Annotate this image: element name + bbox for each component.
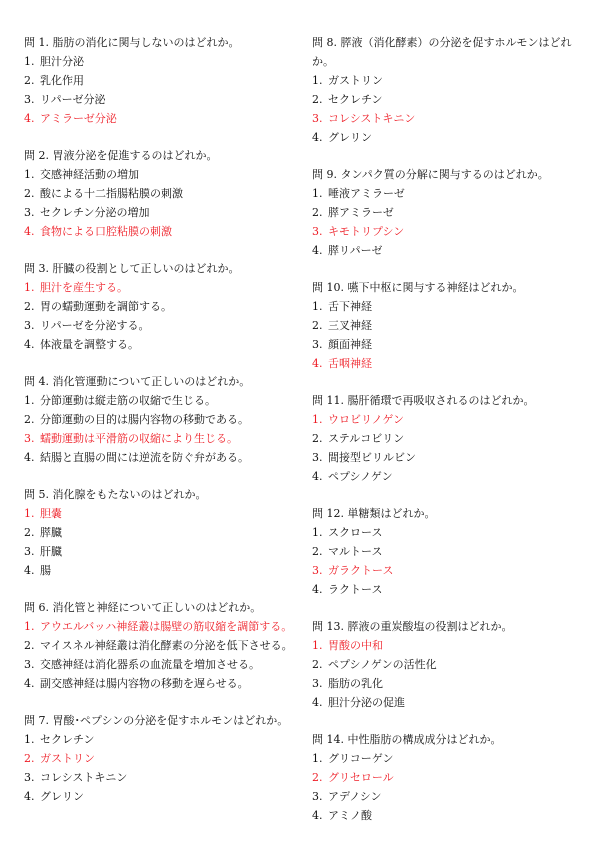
option-text: スクロース	[328, 526, 382, 539]
option-number: 1.	[312, 71, 328, 90]
answer-option: 4.胆汁分泌の促進	[312, 693, 580, 712]
option-text: 分節運動は縦走筋の収縮で生じる。	[40, 394, 216, 407]
answer-option-correct: 2.グリセロール	[312, 768, 580, 787]
question-left_column-3: 問 4. 消化管運動について正しいのはどれか。 1.分節運動は縦走筋の収縮で生じ…	[24, 372, 304, 467]
answer-option: 4.体液量を調整する。	[24, 335, 304, 354]
answer-option-correct: 4.アミラーゼ分泌	[24, 109, 304, 128]
option-number: 4.	[312, 580, 328, 599]
option-text: セクレチン分泌の増加	[40, 206, 149, 219]
option-text: ペプシノゲン	[328, 470, 393, 483]
option-number: 1.	[24, 617, 40, 636]
option-text: 肝臓	[40, 545, 62, 558]
option-number: 3.	[24, 655, 40, 674]
question-title: 問 8. 膵液（消化酵素）の分泌を促すホルモンはどれか。	[312, 33, 580, 71]
option-text: 副交感神経は腸内容物の移動を遅らせる。	[40, 677, 249, 690]
option-text: アミラーゼ分泌	[40, 112, 117, 125]
answer-option: 1.胆汁分泌	[24, 52, 304, 71]
option-text: グリコーゲン	[328, 752, 394, 765]
option-text: 胆汁を産生する。	[40, 281, 128, 294]
option-text: アウエルバッハ神経叢は腸壁の筋収縮を調節する。	[40, 620, 292, 633]
option-text: 乳化作用	[40, 74, 84, 87]
option-text: セクレチン	[328, 93, 382, 106]
option-text: 三叉神経	[328, 319, 372, 332]
option-number: 2.	[312, 203, 328, 222]
question-right_column-0: 問 8. 膵液（消化酵素）の分泌を促すホルモンはどれか。 1.ガストリン2.セク…	[312, 33, 580, 147]
option-number: 3.	[24, 90, 40, 109]
answer-option: 4.ラクトース	[312, 580, 580, 599]
answer-option: 2.三叉神経	[312, 316, 580, 335]
option-number: 3.	[24, 429, 40, 448]
question-right_column-1: 問 9. タンパク質の分解に関与するのはどれか。 1.唾液アミラーゼ2.膵アミラ…	[312, 165, 580, 260]
answer-option: 1.交感神経活動の増加	[24, 165, 304, 184]
question-left_column-2: 問 3. 肝臓の役割として正しいのはどれか。 1.胆汁を産生する。2.胃の蠕動運…	[24, 259, 304, 354]
option-text: 交感神経は消化器系の血流量を増加させる。	[40, 658, 260, 671]
option-number: 3.	[312, 222, 328, 241]
option-number: 1.	[312, 749, 328, 768]
option-number: 2.	[312, 316, 328, 335]
answer-option-correct: 4.食物による口腔粘膜の刺激	[24, 222, 304, 241]
answer-option: 1.グリコーゲン	[312, 749, 580, 768]
option-number: 2.	[24, 71, 40, 90]
answer-option: 1.スクロース	[312, 523, 580, 542]
option-text: 舌下神経	[328, 300, 372, 313]
option-text: ガストリン	[328, 74, 383, 87]
answer-option: 1.分節運動は縦走筋の収縮で生じる。	[24, 391, 304, 410]
option-number: 1.	[24, 165, 40, 184]
option-text: コレシストキニン	[328, 112, 415, 125]
option-text: ステルコビリン	[328, 432, 404, 445]
question-title: 問 1. 脂肪の消化に関与しないのはどれか。	[24, 33, 304, 52]
option-number: 4.	[24, 787, 40, 806]
option-text: グレリン	[40, 790, 84, 803]
option-text: コレシストキニン	[40, 771, 127, 784]
option-text: アミノ酸	[328, 809, 372, 822]
question-title: 問 14. 中性脂肪の構成成分はどれか。	[312, 730, 580, 749]
option-number: 4.	[24, 222, 40, 241]
option-number: 2.	[312, 90, 328, 109]
question-right_column-3: 問 11. 腸肝循環で再吸収されるのはどれか。 1.ウロビリノゲン2.ステルコビ…	[312, 391, 580, 486]
answer-option: 3.セクレチン分泌の増加	[24, 203, 304, 222]
answer-option: 2.胃の蠕動運動を調節する。	[24, 297, 304, 316]
answer-option: 3.脂肪の乳化	[312, 674, 580, 693]
option-text: 胆汁分泌の促進	[328, 696, 405, 709]
answer-option-correct: 3.ガラクトース	[312, 561, 580, 580]
answer-option: 2.ペプシノゲンの活性化	[312, 655, 580, 674]
answer-option: 1.舌下神経	[312, 297, 580, 316]
answer-option: 4.副交感神経は腸内容物の移動を遅らせる。	[24, 674, 304, 693]
option-number: 1.	[312, 184, 328, 203]
option-number: 4.	[312, 128, 328, 147]
answer-option: 4.グレリン	[24, 787, 304, 806]
option-number: 2.	[24, 297, 40, 316]
answer-option: 2.マルトース	[312, 542, 580, 561]
answer-option: 3.顔面神経	[312, 335, 580, 354]
answer-option: 2.膵アミラーゼ	[312, 203, 580, 222]
option-number: 3.	[312, 109, 328, 128]
answer-option-correct: 4.舌咽神経	[312, 354, 580, 373]
option-number: 2.	[312, 655, 328, 674]
answer-option-correct: 3.コレシストキニン	[312, 109, 580, 128]
question-title: 問 10. 嚥下中枢に関与する神経はどれか。	[312, 278, 580, 297]
option-text: ガラクトース	[328, 564, 393, 577]
question-left_column-6: 問 7. 胃酸･ペプシンの分泌を促すホルモンはどれか。 1.セクレチン2.ガスト…	[24, 711, 304, 806]
answer-option: 2.乳化作用	[24, 71, 304, 90]
answer-option: 2.ステルコビリン	[312, 429, 580, 448]
option-text: 脂肪の乳化	[328, 677, 383, 690]
option-number: 1.	[24, 52, 40, 71]
option-number: 3.	[312, 448, 328, 467]
answer-option: 2.膵臓	[24, 523, 304, 542]
answer-option: 1.ガストリン	[312, 71, 580, 90]
option-number: 4.	[312, 241, 328, 260]
option-text: 胃酸の中和	[328, 639, 383, 652]
answer-option: 3.交感神経は消化器系の血流量を増加させる。	[24, 655, 304, 674]
option-number: 3.	[24, 203, 40, 222]
option-text: 胃の蠕動運動を調節する。	[40, 300, 172, 313]
option-text: キモトリプシン	[328, 225, 404, 238]
question-title: 問 13. 膵液の重炭酸塩の役割はどれか。	[312, 617, 580, 636]
option-text: 舌咽神経	[328, 357, 372, 370]
option-text: ガストリン	[40, 752, 95, 765]
option-text: 酸による十二指腸粘膜の刺激	[40, 187, 183, 200]
option-number: 3.	[312, 335, 328, 354]
option-number: 3.	[312, 674, 328, 693]
question-title: 問 9. タンパク質の分解に関与するのはどれか。	[312, 165, 580, 184]
option-text: ウロビリノゲン	[328, 413, 404, 426]
answer-option: 4.ペプシノゲン	[312, 467, 580, 486]
question-title: 問 5. 消化腺をもたないのはどれか。	[24, 485, 304, 504]
question-left_column-4: 問 5. 消化腺をもたないのはどれか。 1.胆嚢2.膵臓3.肝臓4.腸	[24, 485, 304, 580]
option-number: 4.	[24, 674, 40, 693]
answer-option: 3.間接型ビリルビン	[312, 448, 580, 467]
question-left_column-0: 問 1. 脂肪の消化に関与しないのはどれか。 1.胆汁分泌2.乳化作用3.リパー…	[24, 33, 304, 128]
option-number: 4.	[312, 354, 328, 373]
answer-option-correct: 1.胆嚢	[24, 504, 304, 523]
answer-option-correct: 2.ガストリン	[24, 749, 304, 768]
option-number: 2.	[312, 542, 328, 561]
option-number: 1.	[24, 391, 40, 410]
option-number: 4.	[312, 806, 328, 825]
question-title: 問 2. 胃液分泌を促進するのはどれか。	[24, 146, 304, 165]
question-title: 問 3. 肝臓の役割として正しいのはどれか。	[24, 259, 304, 278]
answer-option: 2.分節運動の目的は腸内容物の移動である。	[24, 410, 304, 429]
question-right_column-6: 問 14. 中性脂肪の構成成分はどれか。 1.グリコーゲン2.グリセロール3.ア…	[312, 730, 580, 825]
question-left_column-5: 問 6. 消化管と神経について正しいのはどれか。 1.アウエルバッハ神経叢は腸壁…	[24, 598, 304, 693]
answer-option-correct: 3.キモトリプシン	[312, 222, 580, 241]
answer-option: 3.リパーゼを分泌する。	[24, 316, 304, 335]
question-title: 問 6. 消化管と神経について正しいのはどれか。	[24, 598, 304, 617]
option-text: 結腸と直腸の間には逆流を防ぐ弁がある。	[40, 451, 249, 464]
option-number: 1.	[24, 730, 40, 749]
option-number: 1.	[24, 504, 40, 523]
option-text: グレリン	[328, 131, 372, 144]
option-number: 3.	[312, 561, 328, 580]
option-number: 2.	[24, 749, 40, 768]
answer-option: 2.酸による十二指腸粘膜の刺激	[24, 184, 304, 203]
answer-option: 4.結腸と直腸の間には逆流を防ぐ弁がある。	[24, 448, 304, 467]
answer-option-correct: 1.胆汁を産生する。	[24, 278, 304, 297]
question-title: 問 12. 単糖類はどれか。	[312, 504, 580, 523]
option-number: 1.	[312, 636, 328, 655]
option-text: リパーゼ分泌	[40, 93, 105, 106]
option-number: 2.	[24, 636, 40, 655]
question-right_column-5: 問 13. 膵液の重炭酸塩の役割はどれか。 1.胃酸の中和2.ペプシノゲンの活性…	[312, 617, 580, 712]
right-column: 問 8. 膵液（消化酵素）の分泌を促すホルモンはどれか。 1.ガストリン2.セク…	[312, 33, 580, 843]
answer-option: 3.肝臓	[24, 542, 304, 561]
answer-option-correct: 1.アウエルバッハ神経叢は腸壁の筋収縮を調節する。	[24, 617, 304, 636]
option-text: マルトース	[328, 545, 382, 558]
answer-option: 3.リパーゼ分泌	[24, 90, 304, 109]
option-number: 4.	[24, 448, 40, 467]
option-number: 1.	[312, 297, 328, 316]
option-number: 3.	[24, 542, 40, 561]
option-number: 2.	[312, 768, 328, 787]
answer-option: 2.マイスネル神経叢は消化酵素の分泌を低下させる。	[24, 636, 304, 655]
question-right_column-4: 問 12. 単糖類はどれか。 1.スクロース2.マルトース3.ガラクトース4.ラ…	[312, 504, 580, 599]
answer-option-correct: 1.ウロビリノゲン	[312, 410, 580, 429]
option-number: 2.	[24, 184, 40, 203]
answer-option: 3.アデノシン	[312, 787, 580, 806]
option-number: 2.	[24, 410, 40, 429]
question-right_column-2: 問 10. 嚥下中枢に関与する神経はどれか。 1.舌下神経2.三叉神経3.顔面神…	[312, 278, 580, 373]
question-left_column-1: 問 2. 胃液分泌を促進するのはどれか。 1.交感神経活動の増加2.酸による十二…	[24, 146, 304, 241]
option-text: 食物による口腔粘膜の刺激	[40, 225, 172, 238]
option-text: 膵臓	[40, 526, 62, 539]
option-text: 膵アミラーゼ	[328, 206, 394, 219]
option-text: 唾液アミラーゼ	[328, 187, 405, 200]
question-title: 問 4. 消化管運動について正しいのはどれか。	[24, 372, 304, 391]
option-number: 1.	[312, 410, 328, 429]
option-text: 分節運動の目的は腸内容物の移動である。	[40, 413, 249, 426]
answer-option: 4.グレリン	[312, 128, 580, 147]
answer-option-correct: 1.胃酸の中和	[312, 636, 580, 655]
option-text: リパーゼを分泌する。	[40, 319, 149, 332]
option-text: 膵リパーゼ	[328, 244, 382, 257]
answer-option: 4.腸	[24, 561, 304, 580]
option-text: アデノシン	[328, 790, 382, 803]
answer-option-correct: 3.蠕動運動は平滑筋の収縮により生じる。	[24, 429, 304, 448]
option-number: 1.	[24, 278, 40, 297]
option-number: 4.	[312, 693, 328, 712]
option-number: 1.	[312, 523, 328, 542]
option-text: 間接型ビリルビン	[328, 451, 416, 464]
option-text: ペプシノゲンの活性化	[328, 658, 437, 671]
option-text: 蠕動運動は平滑筋の収縮により生じる。	[40, 432, 238, 445]
option-number: 4.	[312, 467, 328, 486]
answer-option: 4.膵リパーゼ	[312, 241, 580, 260]
answer-option: 1.唾液アミラーゼ	[312, 184, 580, 203]
option-text: 胆汁分泌	[40, 55, 84, 68]
option-number: 2.	[312, 429, 328, 448]
option-text: 交感神経活動の増加	[40, 168, 139, 181]
answer-option: 3.コレシストキニン	[24, 768, 304, 787]
option-number: 2.	[24, 523, 40, 542]
option-text: 胆嚢	[40, 507, 62, 520]
answer-option: 4.アミノ酸	[312, 806, 580, 825]
question-title: 問 11. 腸肝循環で再吸収されるのはどれか。	[312, 391, 580, 410]
option-text: ラクトース	[328, 583, 382, 596]
left-column: 問 1. 脂肪の消化に関与しないのはどれか。 1.胆汁分泌2.乳化作用3.リパー…	[24, 33, 304, 824]
option-number: 4.	[24, 561, 40, 580]
option-text: 顔面神経	[328, 338, 372, 351]
answer-option: 1.セクレチン	[24, 730, 304, 749]
option-number: 4.	[24, 109, 40, 128]
option-number: 4.	[24, 335, 40, 354]
option-number: 3.	[24, 768, 40, 787]
option-text: 体液量を調整する。	[40, 338, 139, 351]
option-text: マイスネル神経叢は消化酵素の分泌を低下させる。	[40, 639, 293, 652]
answer-option: 2.セクレチン	[312, 90, 580, 109]
question-title: 問 7. 胃酸･ペプシンの分泌を促すホルモンはどれか。	[24, 711, 304, 730]
option-number: 3.	[24, 316, 40, 335]
option-text: 腸	[40, 564, 51, 577]
option-number: 3.	[312, 787, 328, 806]
option-text: グリセロール	[328, 771, 394, 784]
option-text: セクレチン	[40, 733, 94, 746]
